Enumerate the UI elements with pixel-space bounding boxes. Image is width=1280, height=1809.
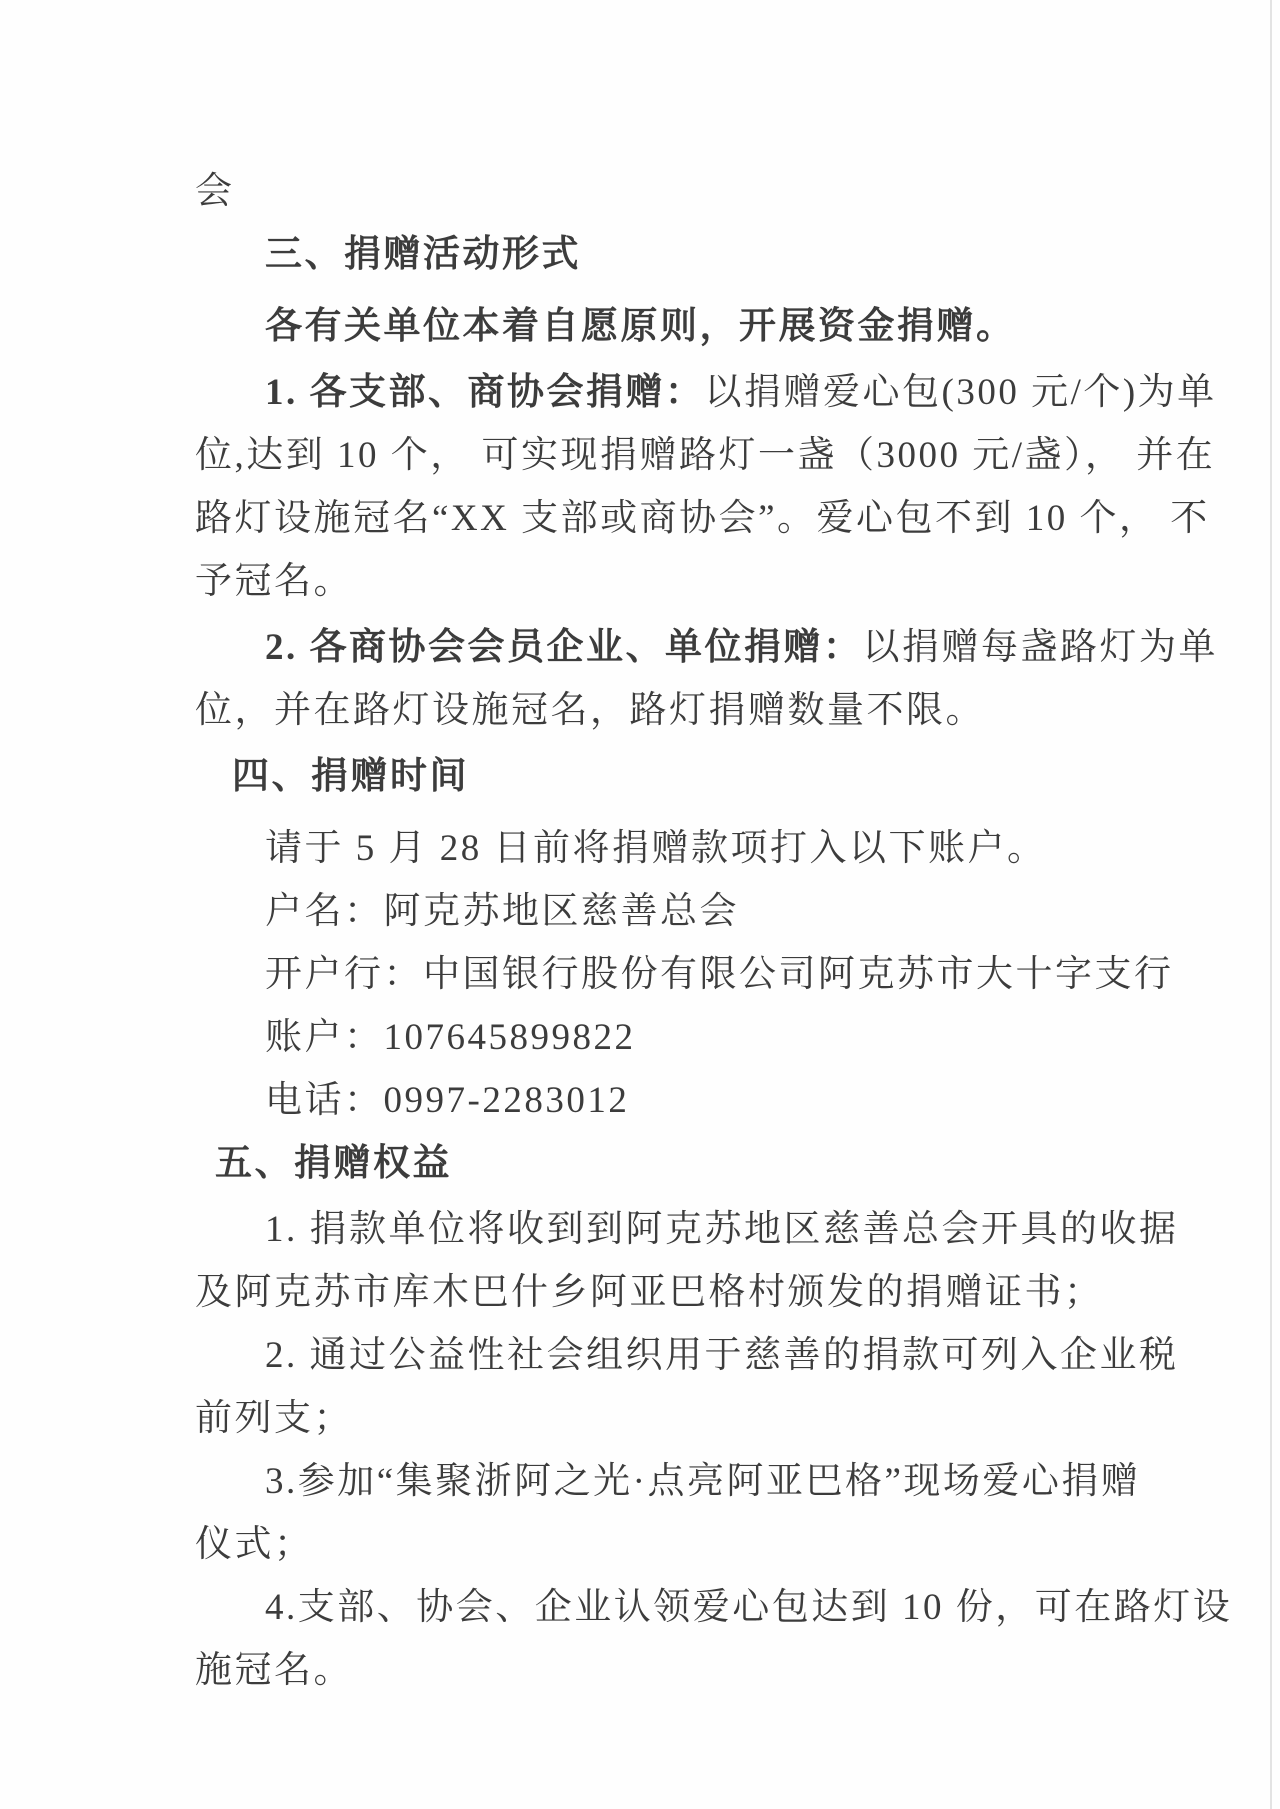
para-1-line: 予冠名。 xyxy=(195,550,1090,613)
benefit-1-line: 1. 捐款单位将收到到阿克苏地区慈善总会开具的收据 xyxy=(195,1198,1090,1261)
para-1-line: 位,达到 10 个， 可实现捐赠路灯一盏（3000 元/盏）， 并在 xyxy=(195,424,1090,487)
para-2-line: 2. 各商协会会员企业、单位捐赠：以捐赠每盏路灯为单 xyxy=(195,616,1090,679)
document-text-block: 会 三、捐赠活动形式 各有关单位本着自愿原则，开展资金捐赠。 1. 各支部、商协… xyxy=(195,0,1090,1702)
bank-line: 开户行：中国银行股份有限公司阿克苏市大十字支行 xyxy=(195,943,1090,1006)
document-page: 会 三、捐赠活动形式 各有关单位本着自愿原则，开展资金捐赠。 1. 各支部、商协… xyxy=(0,0,1280,1809)
para-1-line: 1. 各支部、商协会捐赠：以捐赠爱心包(300 元/个)为单 xyxy=(195,361,1090,424)
benefit-2-line: 2. 通过公益性社会组织用于慈善的捐款可列入企业税 xyxy=(195,1324,1090,1387)
account-number-line: 账户：107645899822 xyxy=(195,1006,1090,1069)
carryover-text: 会 xyxy=(195,160,1090,223)
benefit-4-line: 4.支部、协会、企业认领爱心包达到 10 份，可在路灯设 xyxy=(195,1576,1090,1639)
donation-deadline-line: 请于 5 月 28 日前将捐赠款项打入以下账户。 xyxy=(195,817,1090,880)
benefit-3-line: 3.参加“集聚浙阿之光·点亮阿亚巴格”现场爱心捐赠 xyxy=(195,1450,1090,1513)
scan-edge-line xyxy=(1270,0,1272,1809)
benefit-4-line: 施冠名。 xyxy=(195,1639,1090,1702)
benefit-2-line: 前列支； xyxy=(195,1387,1090,1450)
phone-line: 电话：0997-2283012 xyxy=(195,1069,1090,1132)
benefit-3-line: 仪式； xyxy=(195,1513,1090,1576)
section-3-intro: 各有关单位本着自愿原则，开展资金捐赠。 xyxy=(195,295,1090,358)
para-1-line: 路灯设施冠名“XX 支部或商协会”。爱心包不到 10 个， 不 xyxy=(195,487,1090,550)
para-2-line: 位，并在路灯设施冠名，路灯捐赠数量不限。 xyxy=(195,679,1090,742)
section-5-heading: 五、捐赠权益 xyxy=(195,1132,1090,1195)
section-3-heading: 三、捐赠活动形式 xyxy=(195,223,1090,286)
section-4-heading: 四、捐赠时间 xyxy=(195,745,1090,808)
account-name-line: 户名：阿克苏地区慈善总会 xyxy=(195,880,1090,943)
benefit-1-line: 及阿克苏市库木巴什乡阿亚巴格村颁发的捐赠证书； xyxy=(195,1261,1090,1324)
